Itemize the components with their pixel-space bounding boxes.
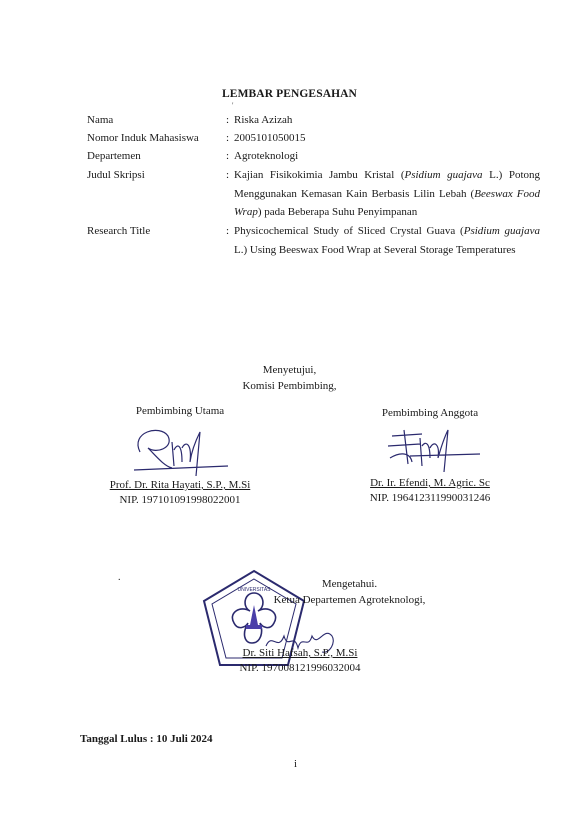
page: { "document": { "title": "LEMBAR PENGESA… [0, 0, 579, 819]
stray-dot: . [118, 572, 121, 583]
page-title: LEMBAR PENGESAHAN [0, 88, 579, 100]
supervisor-role: Pembimbing Utama [80, 404, 280, 418]
department-head-name: Dr. Siti Hafsah, S.P., M.Si [200, 646, 400, 661]
field-colon: : [226, 111, 229, 130]
stray-mark: ' [232, 101, 233, 110]
supervisor-name: Prof. Dr. Rita Hayati, S.P., M.Si [80, 478, 280, 493]
approval-line2: Komisi Pembimbing, [0, 378, 579, 394]
department-head-nip: NIP. 197008121996032004 [200, 661, 400, 676]
field-value: 2005101050015 [234, 129, 540, 148]
signature-icon [370, 422, 490, 476]
signature-icon [120, 422, 240, 478]
field-value-rich: Kajian Fisikokimia Jambu Kristal (Psidiu… [234, 166, 540, 222]
approval-block: Menyetujui, Komisi Pembimbing, [0, 362, 579, 394]
field-value: Agroteknologi [234, 147, 540, 166]
supervisor-nip: NIP. 196412311990031246 [340, 491, 520, 506]
supervisor-member: Pembimbing Anggota Dr. Ir. Efendi, M. Ag… [340, 406, 520, 506]
field-value: Riska Azizah [234, 111, 540, 130]
graduation-date: Tanggal Lulus : 10 Juli 2024 [80, 733, 213, 745]
field-colon: : [226, 147, 229, 166]
supervisor-main: Pembimbing Utama Prof. Dr. Rita Hayati, … [80, 404, 280, 508]
acknowledgement-block: Mengetahui. Ketua Departemen Agroteknolo… [60, 576, 579, 608]
field-colon: : [226, 166, 229, 185]
field-label: Judul Skripsi [87, 166, 145, 185]
ack-line1: Mengetahui. [60, 576, 579, 592]
department-head: Dr. Siti Hafsah, S.P., M.Si NIP. 1970081… [200, 646, 400, 676]
field-colon: : [226, 222, 229, 241]
field-value-rich: Physicochemical Study of Sliced Crystal … [234, 222, 540, 259]
supervisor-nip: NIP. 197101091998022001 [80, 493, 280, 508]
field-label: Nama [87, 111, 113, 130]
page-number: i [294, 758, 297, 770]
supervisor-role: Pembimbing Anggota [340, 406, 520, 420]
approval-line1: Menyetujui, [0, 362, 579, 378]
field-colon: : [226, 129, 229, 148]
ack-line2: Ketua Departemen Agroteknologi, [60, 592, 579, 608]
field-label: Research Title [87, 222, 150, 241]
field-label: Departemen [87, 147, 141, 166]
field-label: Nomor Induk Mahasiswa [87, 129, 199, 148]
supervisor-name: Dr. Ir. Efendi, M. Agric. Sc [340, 476, 520, 491]
